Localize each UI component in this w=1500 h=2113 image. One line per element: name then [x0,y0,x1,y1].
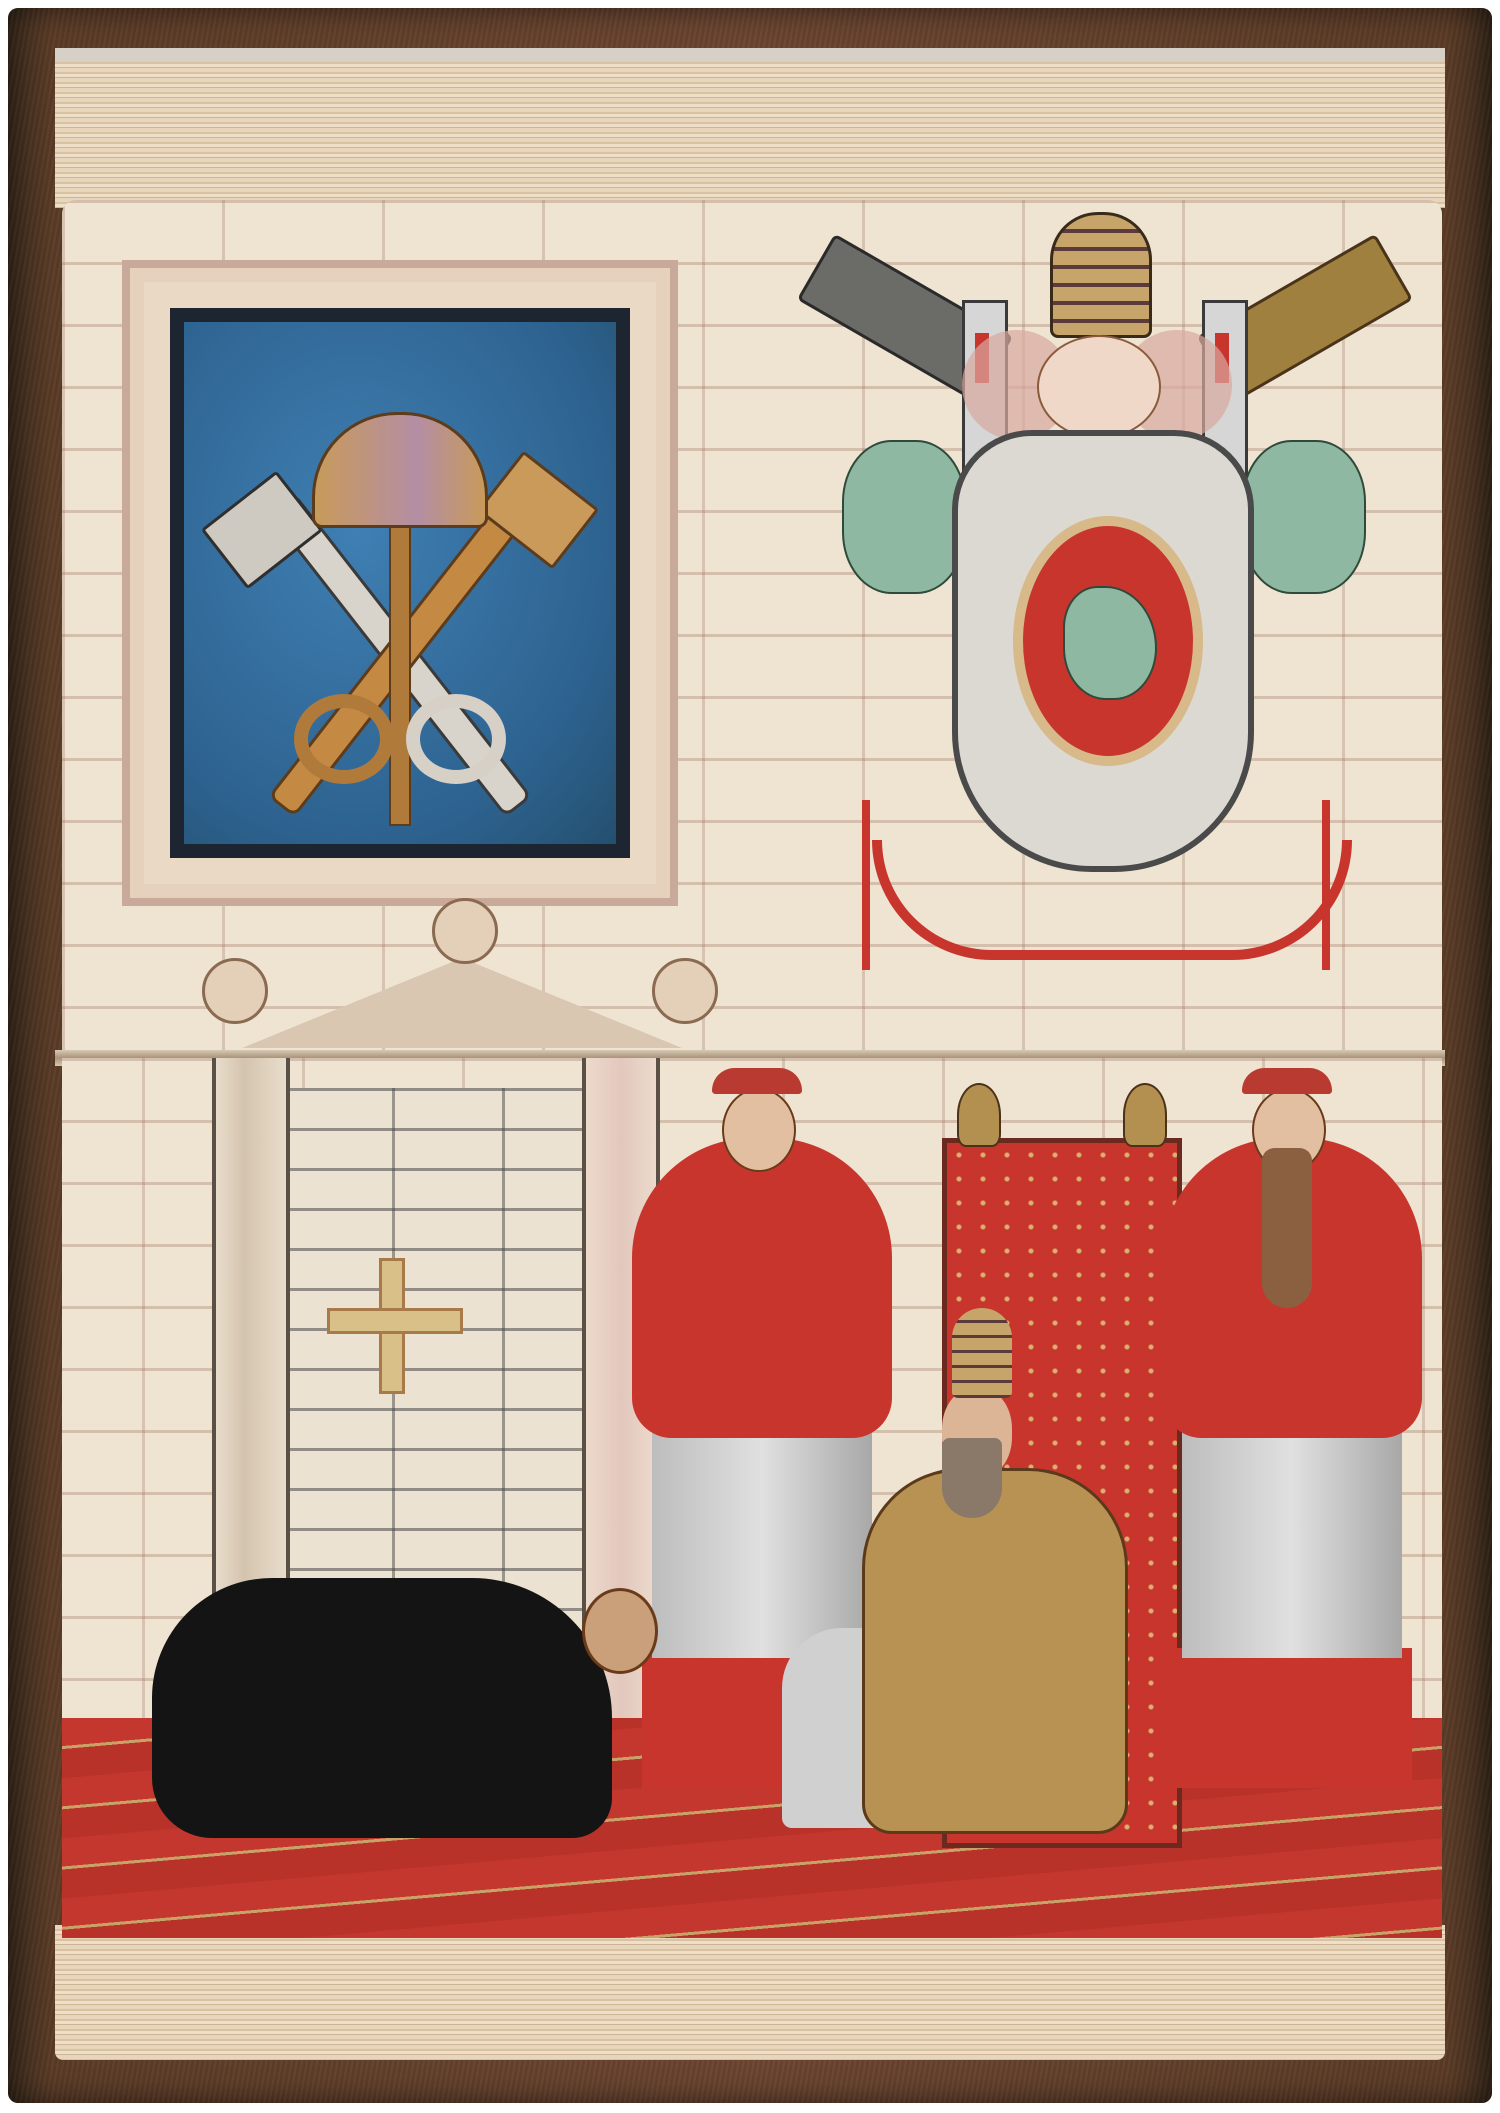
red-cartouche [1013,516,1203,766]
cassock [1172,1648,1412,1788]
umbraculum-pole [389,522,411,826]
orb-left [202,958,268,1024]
panel-border [170,308,630,858]
dragon-left-icon [842,440,966,594]
seated-pope [782,1308,1122,1828]
face [722,1088,796,1172]
coat-of-arms [802,200,1402,1050]
pediment-anchor [62,1058,63,1059]
beard [942,1438,1002,1518]
page-edges-top [55,48,1445,208]
papal-tiara-icon [952,1308,1012,1398]
page-edges-bottom [55,1925,1445,2060]
umbraculum-icon [312,412,488,528]
shield [952,430,1254,872]
red-swag-cords [872,840,1352,960]
cardinal-right [1162,1068,1422,1788]
pediment-triangle [242,958,682,1048]
bottom-page [62,1058,1442,1938]
kneeling-figure [152,1578,612,1838]
silver-key-bit [201,471,323,590]
pediment [202,938,722,1048]
dragon-right-icon [1242,440,1366,594]
cherub-head [1037,335,1161,439]
orb-right [652,958,718,1024]
papal-tiara-icon [1050,212,1152,338]
silver-key-bow [406,694,506,784]
tassel-cord-left [862,800,870,970]
gold-key-bow [294,694,394,784]
kneeling-figure-head [582,1588,658,1674]
finial-right [1123,1083,1167,1147]
cardinal-hat [712,1068,802,1094]
gold-cope [862,1468,1128,1834]
orb-center [432,898,498,964]
gold-cross-icon [327,1258,457,1388]
beard [1262,1148,1312,1308]
blue-ground [184,322,616,844]
top-page [62,200,1442,1058]
finial-left [957,1083,1001,1147]
framed-panel [122,260,678,906]
cardinal-hat [1242,1068,1332,1094]
dragon-icon [1063,586,1157,700]
